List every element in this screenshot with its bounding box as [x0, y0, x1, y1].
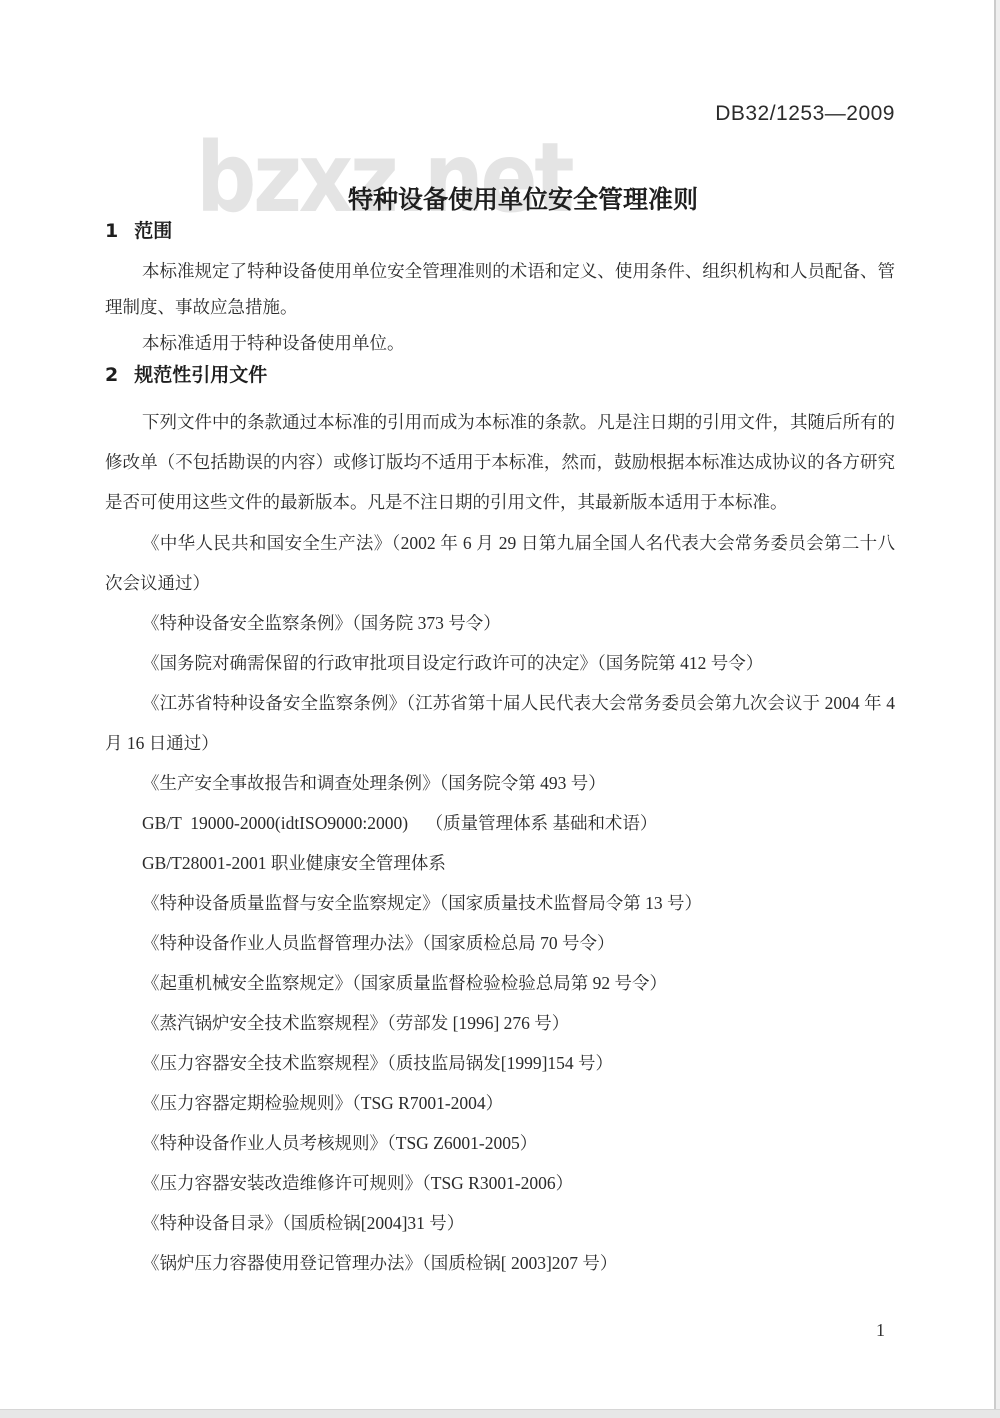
reference-list: 《中华人民共和国安全生产法》（2002 年 6 月 29 日第九届全国人名代表大…	[105, 523, 895, 1283]
document-page: bzxz.net DB32/1253—2009 特种设备使用单位安全管理准则 1…	[0, 0, 1000, 1418]
page-content: DB32/1253—2009 特种设备使用单位安全管理准则 1范围 本标准规定了…	[0, 0, 1000, 1283]
section-scope: 1范围 本标准规定了特种设备使用单位安全管理准则的术语和定义、使用条件、组织机构…	[105, 217, 895, 361]
reference-item: 《特种设备目录》（国质检锅[2004]31 号）	[105, 1203, 895, 1243]
standard-code: DB32/1253—2009	[105, 0, 895, 127]
reference-item: 《特种设备作业人员监督管理办法》（国家质检总局 70 号令）	[105, 923, 895, 963]
section-2-heading: 2规范性引用文件	[105, 361, 895, 389]
reference-item: GB/T 19000-2000(idtISO9000:2000) （质量管理体系…	[105, 803, 895, 843]
scan-edge-right-fill	[996, 0, 1000, 1418]
paragraph: 本标准规定了特种设备使用单位安全管理准则的术语和定义、使用条件、组织机构和人员配…	[105, 253, 895, 325]
reference-item: 《特种设备作业人员考核规则》（TSG Z6001-2005）	[105, 1123, 895, 1163]
section-normative-references: 2规范性引用文件 下列文件中的条款通过本标准的引用而成为本标准的条款。凡是注日期…	[105, 361, 895, 1283]
section-2-title: 规范性引用文件	[134, 364, 267, 386]
reference-item: GB/T28001-2001 职业健康安全管理体系	[105, 843, 895, 883]
reference-item: 《特种设备安全监察条例》（国务院 373 号令）	[105, 603, 895, 643]
reference-item: 《生产安全事故报告和调查处理条例》（国务院令第 493 号）	[105, 763, 895, 803]
reference-item: 《蒸汽锅炉安全技术监察规程》（劳部发 [1996] 276 号）	[105, 1003, 895, 1043]
reference-item: 《压力容器定期检验规则》（TSG R7001-2004）	[105, 1083, 895, 1123]
reference-item: 《压力容器安全技术监察规程》（质技监局锅发[1999]154 号）	[105, 1043, 895, 1083]
reference-item: 《中华人民共和国安全生产法》（2002 年 6 月 29 日第九届全国人名代表大…	[105, 523, 895, 603]
section-1-body: 本标准规定了特种设备使用单位安全管理准则的术语和定义、使用条件、组织机构和人员配…	[105, 253, 895, 361]
reference-item: 《锅炉压力容器使用登记管理办法》（国质检锅[ 2003]207 号）	[105, 1243, 895, 1283]
section-1-title: 范围	[134, 220, 172, 242]
reference-item: 《特种设备质量监督与安全监察规定》（国家质量技术监督局令第 13 号）	[105, 883, 895, 923]
section-1-number: 1	[105, 220, 118, 242]
page-number: 1	[876, 1318, 885, 1342]
section-2-number: 2	[105, 364, 118, 386]
paragraph: 本标准适用于特种设备使用单位。	[105, 325, 895, 361]
reference-item: 《起重机械安全监察规定》（国家质量监督检验检验总局第 92 号令）	[105, 963, 895, 1003]
reference-item: 《国务院对确需保留的行政审批项目设定行政许可的决定》（国务院第 412 号令）	[105, 643, 895, 683]
document-title: 特种设备使用单位安全管理准则	[128, 183, 918, 217]
reference-item: 《压力容器安装改造维修许可规则》（TSG R3001-2006）	[105, 1163, 895, 1203]
reference-item: 《江苏省特种设备安全监察条例》（江苏省第十届人民代表大会常务委员会第九次会议于 …	[105, 683, 895, 763]
scan-edge-bottom	[0, 1409, 1000, 1418]
section-1-heading: 1范围	[105, 217, 895, 245]
section-2-intro: 下列文件中的条款通过本标准的引用而成为本标准的条款。凡是注日期的引用文件，其随后…	[105, 402, 895, 522]
